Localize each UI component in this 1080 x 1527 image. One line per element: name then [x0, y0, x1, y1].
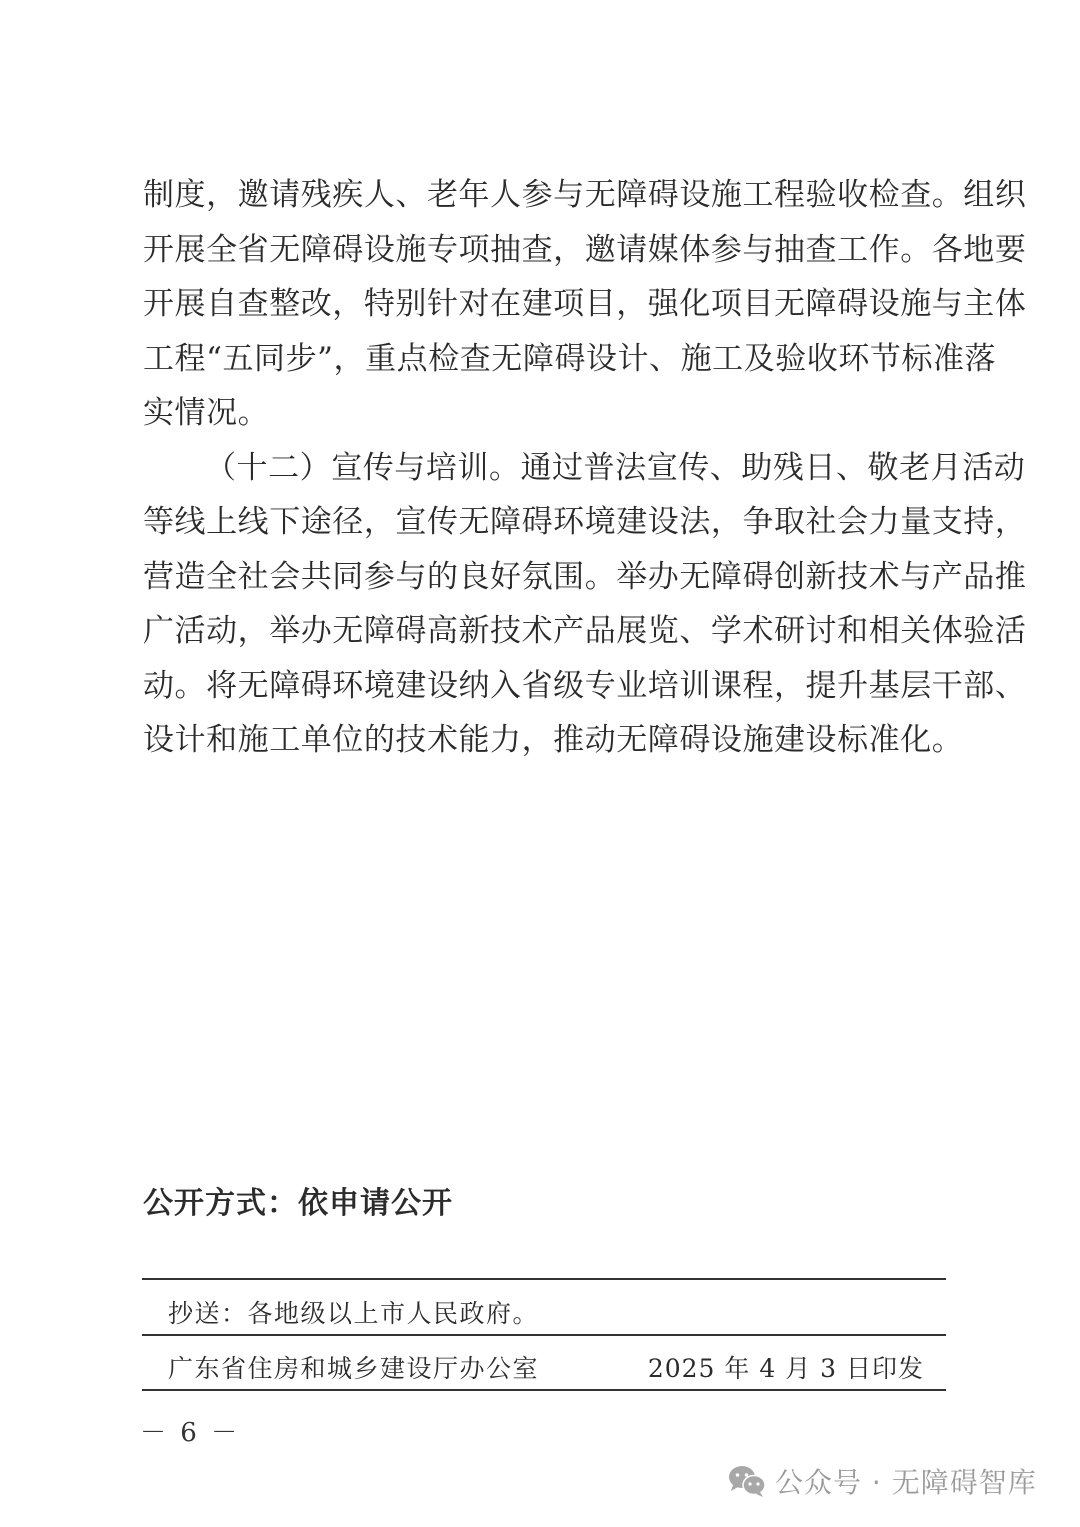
section-heading-line: （十二）宣传与培训。通过普法宣传、助残日、敬老月活动	[143, 441, 947, 496]
issuing-office: 广东省住房和城乡建设厅办公室	[168, 1349, 539, 1385]
text-line: 开展自查整改，特别针对在建项目，强化项目无障碍设施与主体	[143, 277, 947, 332]
document-page: 制度，邀请残疾人、老年人参与无障碍设施工程验收检查。组织 开展全省无障碍设施专项…	[0, 0, 1080, 1527]
wechat-icon	[727, 1464, 767, 1498]
watermark: 公众号 · 无障碍智库	[727, 1461, 1037, 1501]
text-line: 营造全社会共同参与的良好氛围。举办无障碍创新技术与产品推	[143, 550, 947, 605]
page-number: － 6 －	[140, 1412, 240, 1449]
divider	[142, 1278, 946, 1280]
divider	[142, 1389, 946, 1391]
text-line: 设计和施工单位的技术能力，推动无障碍设施建设标准化。	[143, 713, 947, 768]
text-line: 制度，邀请残疾人、老年人参与无障碍设施工程验收检查。组织	[143, 168, 947, 223]
text-line: 等线上线下途径，宣传无障碍环境建设法，争取社会力量支持，	[143, 495, 947, 550]
disclosure-method: 公开方式：依申请公开	[143, 1178, 453, 1222]
watermark-text: 公众号 · 无障碍智库	[775, 1461, 1037, 1501]
text-line: 实情况。	[143, 386, 947, 441]
cc-recipients: 抄送：各地级以上市人民政府。	[168, 1294, 539, 1330]
text-line: 工程“五同步”，重点检查无障碍设计、施工及验收环节标准落	[143, 332, 947, 387]
divider	[142, 1334, 946, 1336]
text-line: 动。将无障碍环境建设纳入省级专业培训课程，提升基层干部、	[143, 659, 947, 714]
text-line: 广活动，举办无障碍高新技术产品展览、学术研讨和相关体验活	[143, 604, 947, 659]
body-text: 制度，邀请残疾人、老年人参与无障碍设施工程验收检查。组织 开展全省无障碍设施专项…	[143, 168, 947, 768]
issued-date: 2025 年 4 月 3 日印发	[648, 1349, 924, 1385]
text-line: 开展全省无障碍设施专项抽查，邀请媒体参与抽查工作。各地要	[143, 223, 947, 278]
